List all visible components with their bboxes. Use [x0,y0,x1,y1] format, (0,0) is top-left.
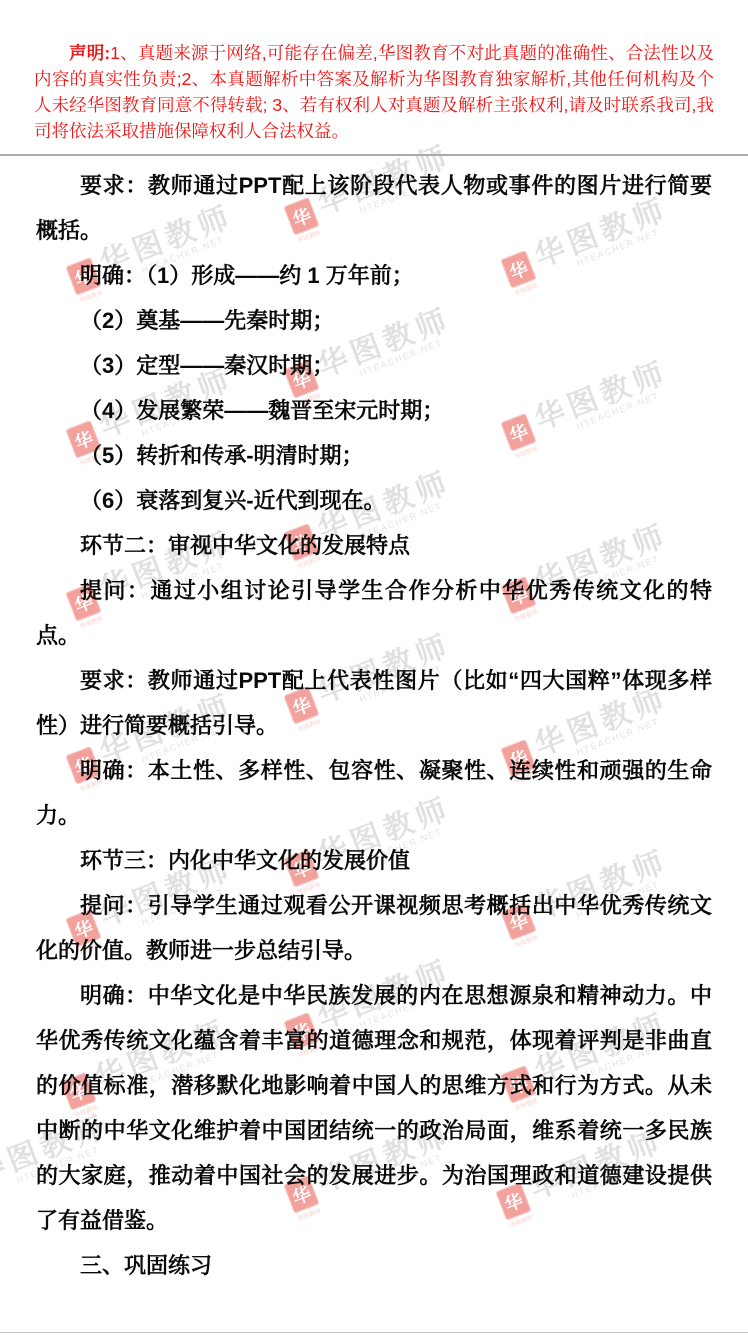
disclaimer: 声明:1、真题来源于网络,可能存在偏差,华图教育不对此真题的准确性、合法性以及内… [0,0,748,150]
paragraph: （5）转折和传承-明清时期； [36,433,712,478]
paragraph: 环节三：内化中华文化的发展价值 [36,838,712,883]
paragraph: 明确：本土性、多样性、包容性、凝聚性、连续性和顽强的生命力。 [36,748,712,838]
body-text: 要求：教师通过PPT配上该阶段代表人物或事件的图片进行简要概括。明确：（1）形成… [0,156,748,1288]
paragraph: 环节二：审视中华文化的发展特点 [36,523,712,568]
paragraph: （4）发展繁荣——魏晋至宋元时期； [36,388,712,433]
paragraph: 提问：引导学生通过观看公开课视频思考概括出中华优秀传统文化的价值。教师进一步总结… [36,883,712,973]
paragraph: 要求：教师通过PPT配上代表性图片（比如“四大国粹”体现多样性）进行简要概括引导… [36,658,712,748]
paragraph: 明确：（1）形成——约 1 万年前； [36,253,712,298]
paragraph: （2）奠基——先秦时期； [36,298,712,343]
disclaimer-text: 1、真题来源于网络,可能存在偏差,华图教育不对此真题的准确性、合法性以及内容的真… [34,43,714,141]
paragraph: 三、巩固练习 [36,1243,712,1288]
document-content: 声明:1、真题来源于网络,可能存在偏差,华图教育不对此真题的准确性、合法性以及内… [0,0,748,1288]
paragraph: （3）定型——秦汉时期； [36,343,712,388]
footer-divider [0,1332,748,1333]
paragraph: 要求：教师通过PPT配上该阶段代表人物或事件的图片进行简要概括。 [36,163,712,253]
disclaimer-label: 声明: [69,43,110,63]
paragraph: 明确：中华文化是中华民族发展的内在思想源泉和精神动力。中华优秀传统文化蕴含着丰富… [36,973,712,1243]
paragraph: （6）衰落到复兴-近代到现在。 [36,478,712,523]
document-page: 华华图教师华图教师HTEACHER.NET华华图教师华图教师HTEACHER.N… [0,0,748,1335]
paragraph: 提问：通过小组讨论引导学生合作分析中华优秀传统文化的特点。 [36,568,712,658]
